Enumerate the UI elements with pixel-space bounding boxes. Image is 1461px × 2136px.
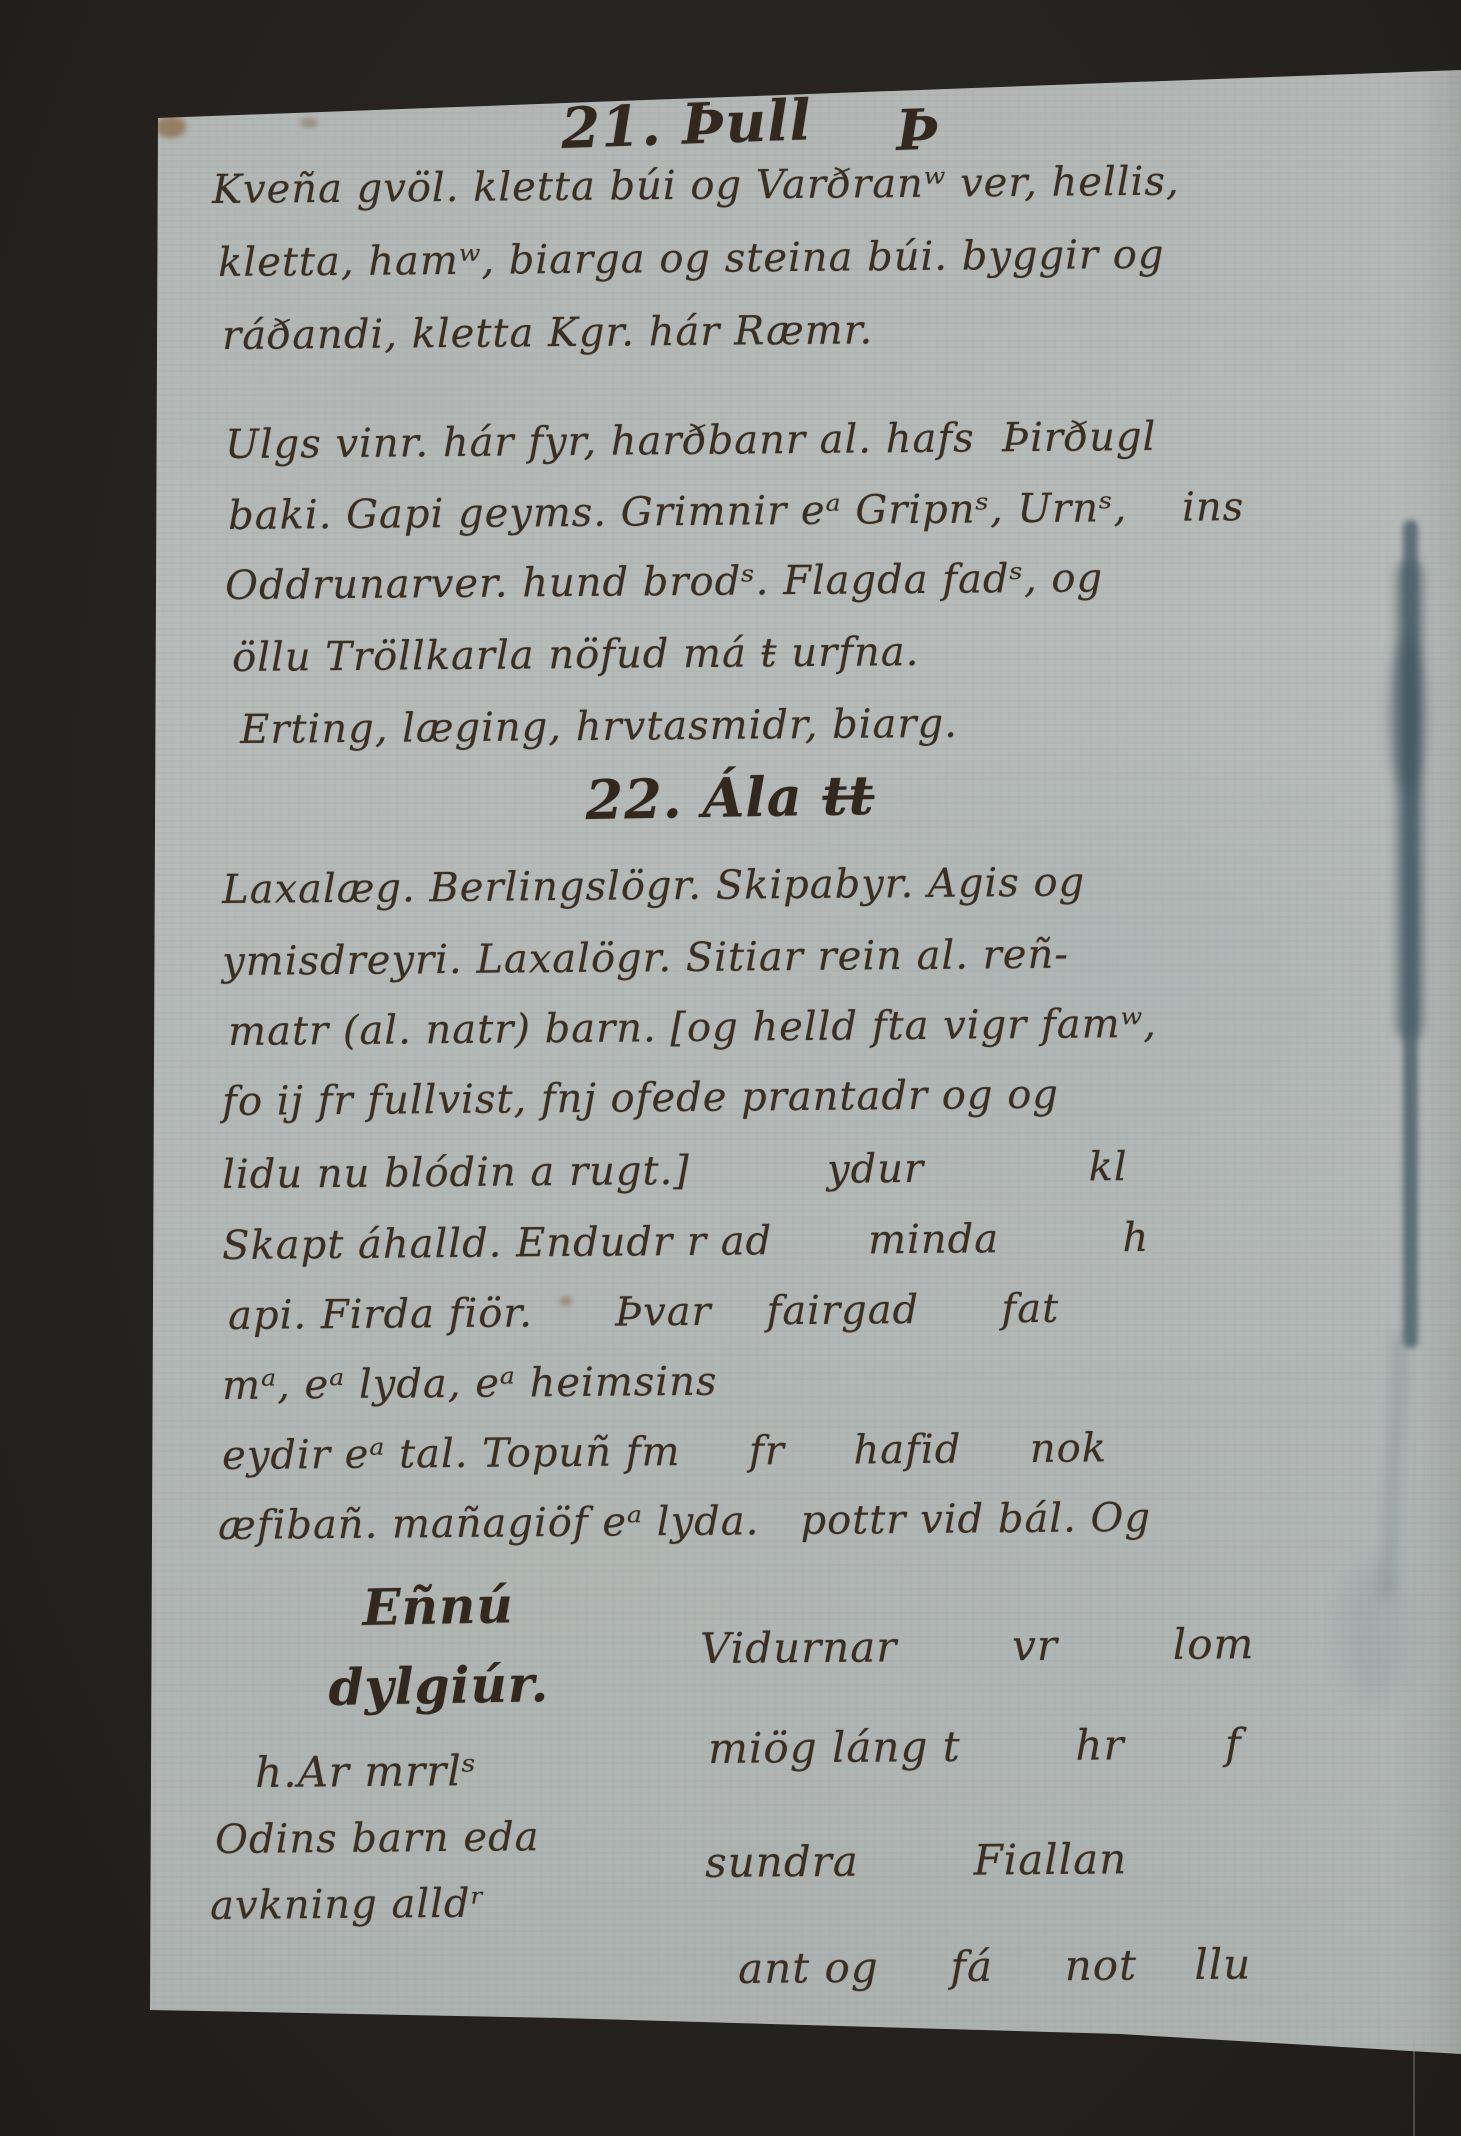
ink-stain <box>1390 640 1424 790</box>
manuscript-line: mᵃ, eᵃ lyda, eᵃ heimsins <box>222 1362 718 1406</box>
manuscript-line: matr (al. natr) barn. [og helld fta vigr… <box>228 1004 1157 1052</box>
section-heading: 22. Ála tt <box>585 763 875 832</box>
manuscript-line: h.Ar mrrlˢ <box>255 1750 477 1794</box>
manuscript-line: Erting, læging, hrvtasmidr, biarg. <box>240 704 958 750</box>
paper-stain <box>156 116 186 138</box>
manuscript-line: lidu nu blódin a rugt.] ydur kl <box>222 1147 1128 1195</box>
manuscript-line: Vidurnar vr lom <box>700 1623 1255 1670</box>
manuscript-line: sundra Fiallan <box>705 1838 1127 1884</box>
manuscript-line: ymisdreyri. Laxalögr. Sitiar rein al. re… <box>222 935 1069 982</box>
manuscript-line: fo ij fr fullvist, fnj ofede prantadr og… <box>222 1075 1059 1122</box>
section-heading: dylgiúr. <box>328 1654 549 1717</box>
struck-mark: tt <box>822 763 875 828</box>
manuscript-paper: 21. Þull Þ Kveña gvöl. kletta búi og Var… <box>0 0 1461 2136</box>
manuscript-line: miög láng t hr f <box>708 1723 1242 1770</box>
manuscript-line: öllu Tröllkarla nöfud má ŧ urfna. <box>232 632 920 678</box>
paper-stain <box>300 118 318 128</box>
manuscript-line: api. Firda fiör. Þvar fairgad fat <box>228 1289 1059 1336</box>
manuscript-line: Odins barn eda <box>215 1817 540 1860</box>
manuscript-line: Oddrunarver. hund brodˢ. Flagda fadˢ, og <box>225 558 1103 606</box>
manuscript-line: Kveña gvöl. kletta búi og Varðranʷ ver, … <box>212 162 1180 210</box>
manuscript-line: Laxalæg. Berlingslögr. Skipabyr. Agis og <box>222 862 1085 910</box>
underlying-sheet-edge <box>1413 2040 1415 2136</box>
manuscript-line: ráðandi, kletta Kgr. hár Ræmr. <box>222 310 873 356</box>
ink-stain <box>1379 1330 1409 1600</box>
manuscript-line: Ulgs vinr. hár fyr, harðbanr al. hafs Þi… <box>225 417 1156 465</box>
manuscript-line: baki. Gapi geyms. Grimnir eᵃ Gripnˢ, Urn… <box>228 487 1244 536</box>
ink-stain <box>1340 1560 1410 1700</box>
manuscript-line: avkning alldʳ <box>210 1884 486 1926</box>
scanned-page-backdrop: 21. Þull Þ Kveña gvöl. kletta búi og Var… <box>0 0 1461 2136</box>
manuscript-line: eydir eᵃ tal. Topuñ fm fr hafid nok <box>222 1428 1107 1476</box>
section-heading: Eñnú <box>362 1575 514 1637</box>
heading-mark: Þ <box>895 96 941 163</box>
section-heading: 21. Þull <box>560 87 813 162</box>
manuscript-line: Skapt áhalld. Endudr r ad minda h <box>222 1218 1149 1266</box>
manuscript-line: kletta, hamʷ, biarga og steina búi. bygg… <box>218 235 1165 283</box>
manuscript-line: ant og fá not llu <box>738 1944 1251 1990</box>
manuscript-line: æfibañ. mañagiöf eᵃ lyda. pottr vid bál.… <box>218 1498 1151 1546</box>
heading-text: 22. Ála <box>585 764 823 832</box>
